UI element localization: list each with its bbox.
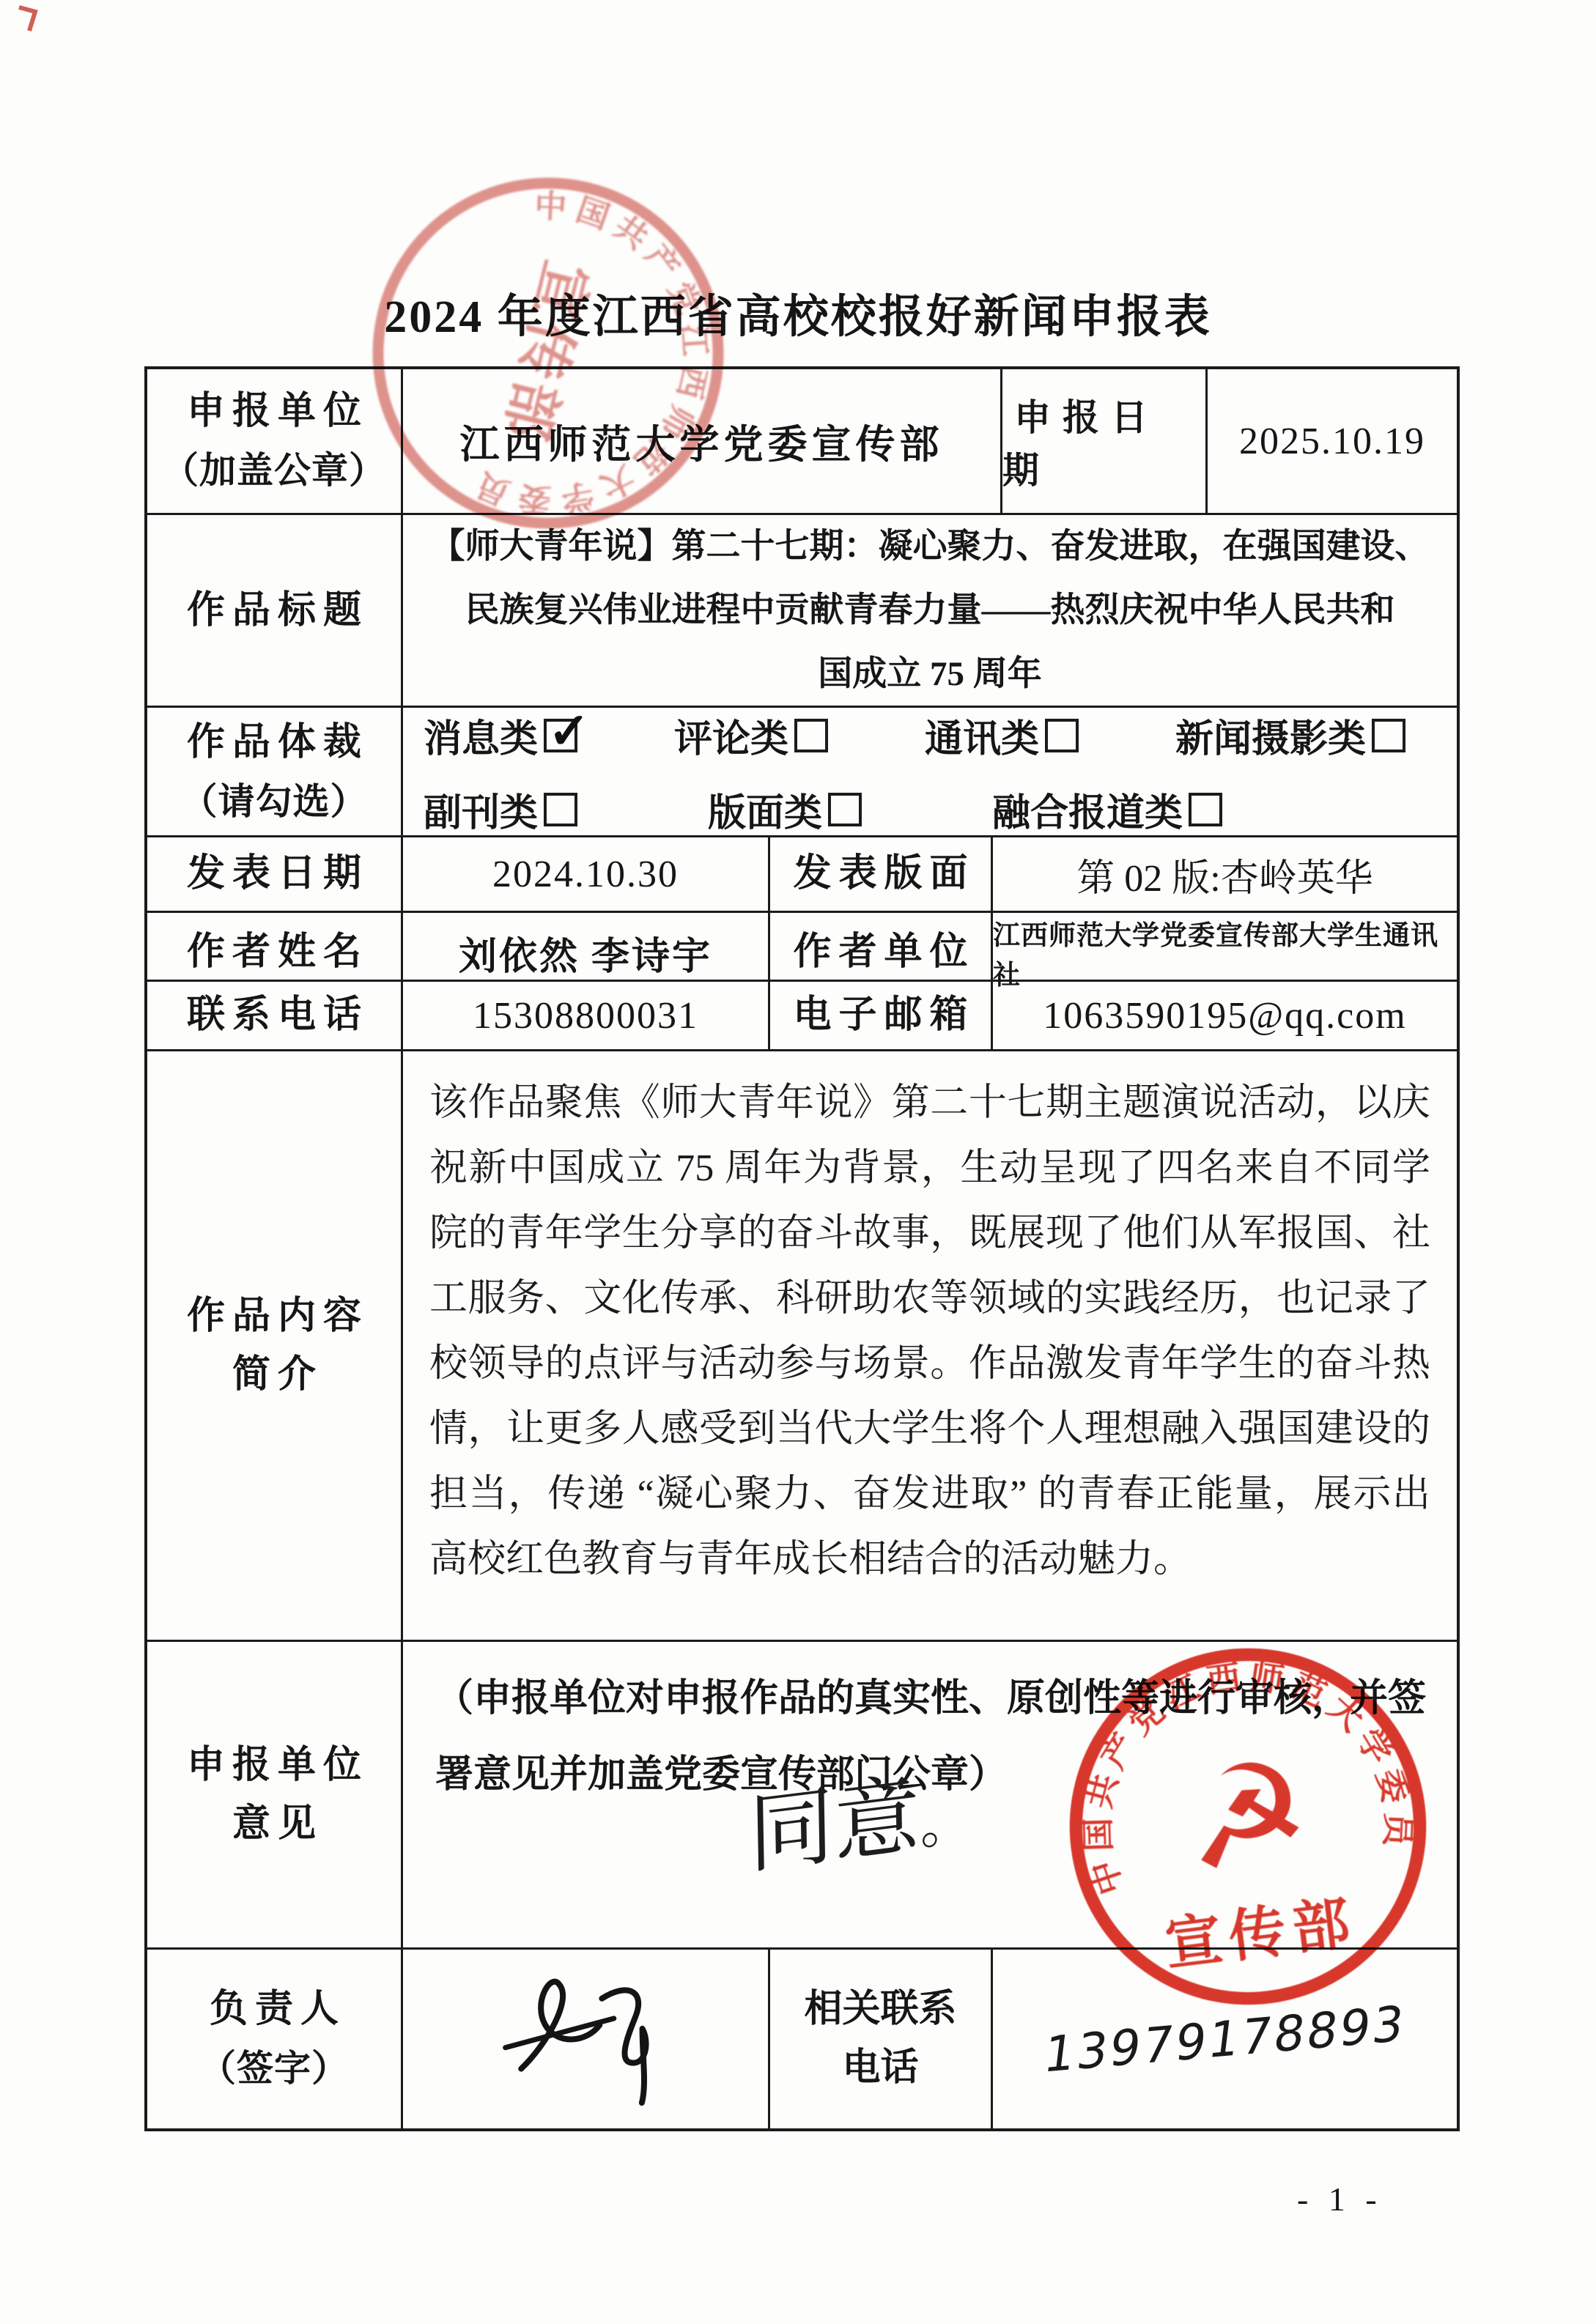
checkbox-unchecked	[794, 719, 828, 752]
genre-option-label: 版面类	[708, 782, 822, 837]
genre-label: 作品体裁	[180, 714, 369, 772]
row-genre: 作品体裁 （请勾选） 消息类评论类通讯类新闻摄影类 副刊类版面类融合报道类	[147, 706, 1457, 835]
svg-text:宣传部: 宣传部	[1161, 1891, 1361, 1977]
author-unit-label: 作者单位	[786, 923, 975, 982]
genre-option-label: 融合报道类	[992, 782, 1183, 837]
genre-option-label: 评论类	[674, 708, 788, 763]
work-title-line3: 国成立 75 周年	[422, 643, 1438, 706]
handwritten-signature	[471, 1950, 699, 2122]
signer-label-line1: 负责人	[202, 1980, 346, 2039]
checkbox-unchecked	[544, 793, 577, 826]
genre-option: 消息类	[424, 708, 577, 763]
page-number: - 1 -	[1297, 2180, 1383, 2218]
genre-option: 版面类	[708, 782, 862, 837]
genre-option: 新闻摄影类	[1175, 708, 1405, 763]
page-title: 2024 年度江西省高校校报好新闻申报表	[0, 280, 1596, 345]
genre-option-label: 消息类	[424, 708, 538, 763]
scan-artifact-red-mark	[15, 4, 40, 34]
work-title-line2: 民族复兴伟业进程中贡献青春力量——热烈庆祝中华人民共和	[422, 579, 1438, 643]
signer-label-line2: （签字）	[199, 2039, 349, 2098]
author-name-label: 作者姓名	[180, 923, 369, 982]
genre-option-label: 新闻摄影类	[1175, 708, 1366, 763]
genre-options: 消息类评论类通讯类新闻摄影类 副刊类版面类融合报道类	[401, 708, 1457, 837]
checkbox-checked	[544, 719, 577, 752]
genre-option: 评论类	[674, 708, 828, 763]
contact-email-value: 1063590195@qq.com	[991, 982, 1457, 1049]
author-name-value: 刘依然 李诗宇	[401, 913, 768, 992]
scanned-form-page: { "page": { "title": "2024 年度江西省高校校报好新闻申…	[0, 0, 1596, 2324]
checkbox-unchecked	[828, 793, 862, 826]
official-seal-bottom: 中国共产党江西师范大学委员会 ☭ 宣传部	[1040, 1618, 1456, 2035]
publish-page-value: 第 02 版:杏岭英华	[991, 837, 1457, 911]
row-publish: 发表日期 2024.10.30 发表版面 第 02 版:杏岭英华	[147, 835, 1457, 911]
genre-option-label: 副刊类	[424, 782, 538, 837]
opinion-label-line2: 意见	[225, 1795, 323, 1854]
summary-label-line1: 作品内容	[180, 1287, 369, 1346]
publish-date-label: 发表日期	[180, 845, 369, 903]
checkbox-unchecked	[1372, 719, 1405, 752]
signature-area	[401, 1950, 768, 2128]
author-unit-value: 江西师范大学党委宣传部大学生通讯社	[991, 913, 1457, 992]
genre-options-line2: 副刊类版面类融合报道类	[424, 782, 1457, 837]
contact-phone-label: 联系电话	[180, 986, 369, 1045]
declare-date-value: 2025.10.19	[1205, 369, 1457, 513]
genre-option-label: 通讯类	[925, 708, 1039, 763]
row-summary: 作品内容 简介 该作品聚焦《师大青年说》第二十七期主题演说活动，以庆祝新中国成立…	[147, 1049, 1457, 1640]
row-work-title: 作品标题 【师大青年说】第二十七期：凝心聚力、奋发进取，在强国建设、 民族复兴伟…	[147, 513, 1457, 706]
publish-page-label: 发表版面	[786, 845, 975, 903]
related-phone-label-line2: 电话	[842, 2039, 918, 2098]
publish-date-value: 2024.10.30	[401, 837, 768, 911]
checkbox-unchecked	[1045, 719, 1079, 752]
opinion-label-line1: 申报单位	[180, 1736, 369, 1795]
svg-text:宣传部: 宣传部	[492, 255, 599, 450]
row-author: 作者姓名 刘依然 李诗宇 作者单位 江西师范大学党委宣传部大学生通讯社	[147, 911, 1457, 980]
contact-email-label: 电子邮箱	[786, 986, 975, 1045]
hammer-sickle-emblem: ☭	[1176, 1734, 1318, 1901]
declare-date-label: 申报日期	[1000, 369, 1205, 513]
summary-text: 该作品聚焦《师大青年说》第二十七期主题演说活动，以庆祝新中国成立 75 周年为背…	[401, 1051, 1457, 1640]
genre-option: 融合报道类	[992, 782, 1222, 837]
related-phone-label-line1: 相关联系	[804, 1980, 956, 2039]
work-title-label: 作品标题	[180, 582, 369, 640]
genre-option: 通讯类	[925, 708, 1079, 763]
genre-sublabel: （请勾选）	[181, 772, 368, 831]
contact-phone-value: 15308800031	[401, 982, 768, 1049]
genre-options-line1: 消息类评论类通讯类新闻摄影类	[424, 708, 1457, 763]
row-contact: 联系电话 15308800031 电子邮箱 1063590195@qq.com	[147, 980, 1457, 1049]
summary-label-line2: 简介	[225, 1346, 323, 1405]
checkbox-unchecked	[1189, 793, 1222, 826]
approval-handwriting: 同意。	[747, 1738, 972, 1890]
genre-option: 副刊类	[424, 782, 577, 837]
